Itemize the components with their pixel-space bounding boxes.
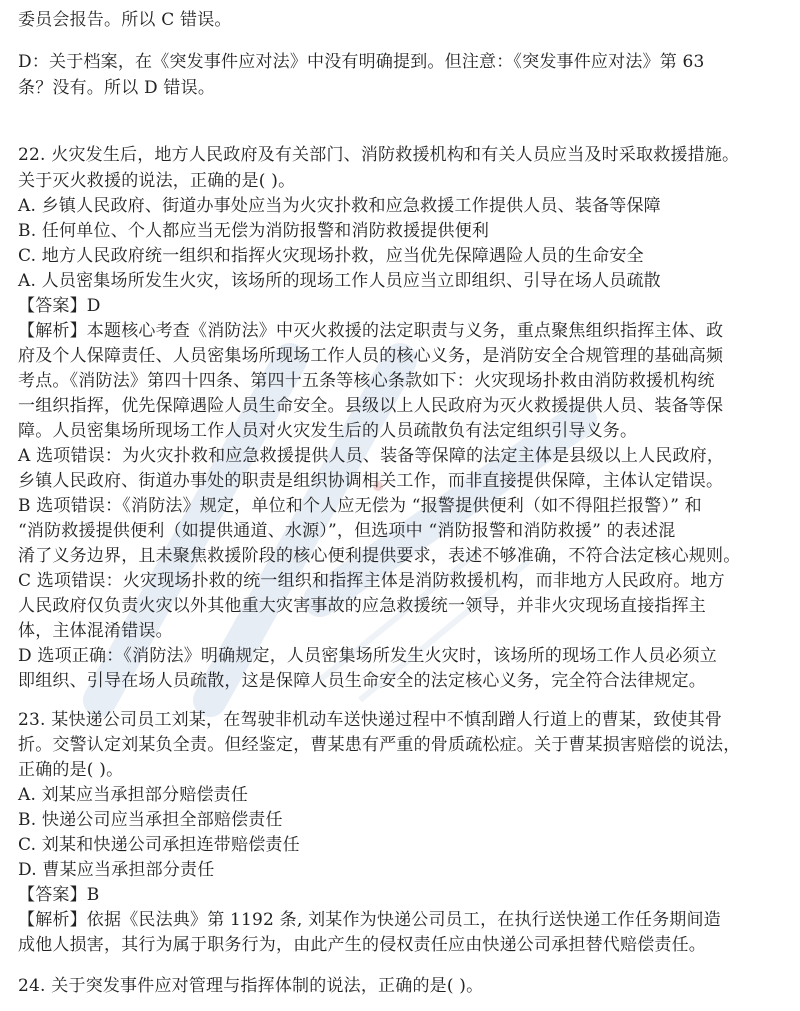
question-22-option-d: A. 人员密集场所发生火灾，该场所的现场工作人员应当立即组织、引导在场人员疏散 — [18, 269, 786, 293]
question-23-option-d: D. 曹某应当承担部分责任 — [18, 858, 786, 882]
question-23-analysis: 【解析】依据《民法典》第 1192 条, 刘某作为快递公司员工，在执行送快递工作… — [18, 908, 786, 932]
question-22-analysis-option-b: “消防救援提供便利（如提供通道、水源）”，但选项中 “消防报警和消防救援” 的表… — [18, 519, 786, 543]
question-22-analysis: 考点。《消防法》第四十四条、第四十五条等核心条款如下：火灾现场扑救由消防救援机构… — [18, 369, 786, 393]
question-23-stem: 正确的是( )。 — [18, 758, 786, 782]
question-22-analysis-option-c: C 选项错误：火灾现场扑救的统一组织和指挥主体是消防救援机构，而非地方人民政府。… — [18, 569, 786, 593]
prev-explanation-line: 条？没有。所以 D 错误。 — [18, 76, 786, 100]
question-23-analysis: 成他人损害，其行为属于职务行为，由此产生的侵权责任应由快递公司承担替代赔偿责任。 — [18, 933, 786, 957]
question-22-stem: 关于灭火救援的说法，正确的是( )。 — [18, 169, 786, 193]
question-22-analysis-option-c: 人民政府仅负责火灾以外其他重大灾害事故的应急救援统一领导，并非火灾现场直接指挥主 — [18, 594, 786, 618]
question-22-analysis-option-b: 淆了义务边界，且未聚焦救援阶段的核心便利提供要求，表述不够准确，不符合法定核心规… — [18, 544, 786, 568]
question-23-stem: 折。交警认定刘某负全责。但经鉴定，曹某患有严重的骨质疏松症。关于曹某损害赔偿的说… — [18, 733, 786, 757]
question-22-analysis-option-a: 乡镇人民政府、街道办事处的职责是组织协调相关工作，而非直接提供保障，主体认定错误… — [18, 469, 786, 493]
question-22-stem: 22. 火灾发生后，地方人民政府及有关部门、消防救援机构和有关人员应当及时采取救… — [18, 143, 786, 167]
question-23-option-b: B. 快递公司应当承担全部赔偿责任 — [18, 808, 786, 832]
question-23-answer: 【答案】B — [18, 883, 786, 907]
question-23-option-c: C. 刘某和快递公司承担连带赔偿责任 — [18, 833, 786, 857]
question-22-analysis: 障。人员密集场所现场工作人员对火灾发生后的人员疏散负有法定组织引导义务。 — [18, 419, 786, 443]
question-22-option-c: C. 地方人民政府统一组织和指挥火灾现场扑救，应当优先保障遇险人员的生命安全 — [18, 244, 786, 268]
question-22-analysis-option-c: 体，主体混淆错误。 — [18, 619, 786, 643]
question-22-option-a: A. 乡镇人民政府、街道办事处应当为火灾扑救和应急救援工作提供人员、装备等保障 — [18, 194, 786, 218]
question-22-option-b: B. 任何单位、个人都应当无偿为消防报警和消防救援提供便利 — [18, 219, 786, 243]
question-22-analysis-option-a: A 选项错误：为火灾扑救和应急救援提供人员、装备等保障的法定主体是县级以上人民政… — [18, 444, 786, 468]
question-23-stem: 23. 某快递公司员工刘某，在驾驶非机动车送快递过程中不慎刮蹭人行道上的曹某，致… — [18, 708, 786, 732]
question-22-analysis: 【解析】本题核心考查《消防法》中灭火救援的法定职责与义务，重点聚焦组织指挥主体、… — [18, 319, 786, 343]
question-23-option-a: A. 刘某应当承担部分赔偿责任 — [18, 783, 786, 807]
prev-explanation-line: 委员会报告。所以 C 错误。 — [18, 8, 786, 32]
question-22-analysis-option-d: D 选项正确：《消防法》明确规定，人员密集场所发生火灾时，该场所的现场工作人员必… — [18, 644, 786, 668]
question-22-analysis: 一组织指挥，优先保障遇险人员生命安全。县级以上人民政府为灭火救援提供人员、装备等… — [18, 394, 786, 418]
question-24-stem: 24. 关于突发事件应对管理与指挥体制的说法，正确的是( )。 — [18, 974, 786, 998]
question-22-analysis-option-d: 即组织、引导在场人员疏散，这是保障人员生命安全的法定核心义务，完全符合法律规定。 — [18, 669, 786, 693]
question-22-analysis-option-b: B 选项错误：《消防法》规定，单位和个人应无偿为 “报警提供便利（如不得阻拦报警… — [18, 494, 786, 518]
question-22-answer: 【答案】D — [18, 294, 786, 318]
question-22-analysis: 府及个人保障责任、人员密集场所现场工作人员的核心义务，是消防安全合规管理的基础高… — [18, 344, 786, 368]
prev-explanation-line: D：关于档案，在《突发事件应对法》中没有明确提到。但注意：《突发事件应对法》第 … — [18, 50, 786, 74]
